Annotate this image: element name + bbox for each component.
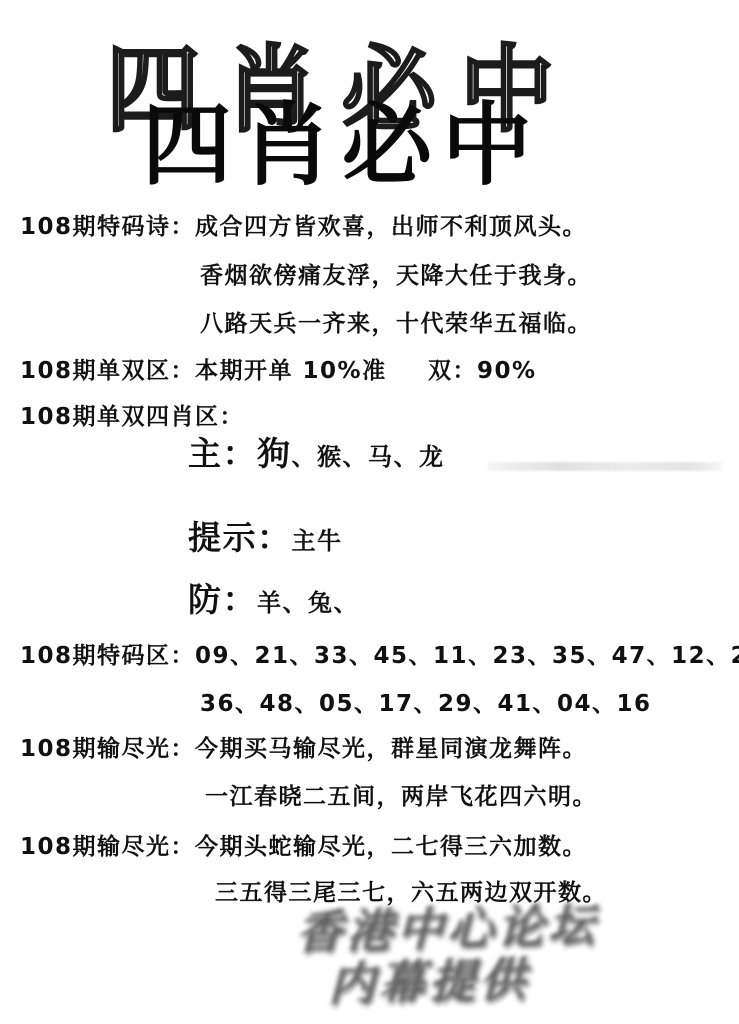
poem-line-1: 108期特码诗：成合四方皆欢喜，出师不利顶风头。	[20, 208, 587, 241]
shujinguang1-verse-1: 今期买马输尽光，群星同演龙舞阵。	[195, 736, 587, 762]
shujinguang1-line-1: 108期输尽光：今期买马输尽光，群星同演龙舞阵。	[20, 730, 587, 763]
shujinguang1-label: 108期输尽光：	[20, 736, 195, 762]
hint-text: 主牛	[292, 527, 343, 555]
poem-label: 108期特码诗：	[20, 214, 195, 240]
special-numbers-line-2: 36、48、05、17、29、41、04、16	[200, 685, 652, 718]
special-numbers-line-1: 108期特码区：09、21、33、45、11、23、35、47、12、24、	[20, 637, 739, 670]
odd-even-shuang: 双：90%	[428, 352, 537, 385]
page-title: 四肖必中 四肖必中	[0, 0, 739, 200]
main-zodiac-prefix: 主：	[188, 434, 257, 473]
special-numbers-part-1: 09、21、33、45、11、23、35、47、12、24、	[195, 643, 739, 669]
poem-verse-1: 成合四方皆欢喜，出师不利顶风头。	[195, 214, 587, 240]
shujinguang2-label: 108期输尽光：	[20, 834, 195, 860]
shujinguang2-verse-1: 今期头蛇输尽光，二七得三六加数。	[195, 834, 587, 860]
guard-line: 防：羊、兔、	[188, 574, 359, 621]
main-zodiac-line: 主：狗、猴、马、龙	[188, 428, 445, 475]
watermark-line-2: 内幕提供	[325, 943, 544, 1014]
tip-sheet-page: 四肖必中 四肖必中 108期特码诗：成合四方皆欢喜，出师不利顶风头。 香烟欲傍痛…	[0, 0, 739, 1024]
poem-line-3: 八路天兵一齐来，十代荣华五福临。	[200, 305, 592, 338]
main-zodiac-rest: 、猴、马、龙	[292, 443, 445, 471]
shujinguang1-line-2: 一江春晓二五间，两岸飞花四六明。	[205, 778, 597, 811]
main-zodiac-first: 狗	[257, 434, 292, 473]
four-zodiac-label: 108期单双四肖区：	[20, 398, 244, 431]
hint-prefix: 提示：	[188, 518, 292, 557]
guard-prefix: 防：	[188, 580, 257, 619]
title-solid-text: 四肖必中	[142, 72, 542, 202]
special-numbers-label: 108期特码区：	[20, 643, 195, 669]
guard-text: 羊、兔、	[257, 589, 359, 617]
poem-line-2: 香烟欲傍痛友浮，天降大任于我身。	[200, 257, 592, 290]
odd-even-line: 108期单双区：本期开单 10%准	[20, 352, 387, 385]
odd-even-dan: 本期开单 10%准	[195, 358, 387, 384]
hint-line: 提示：主牛	[188, 512, 343, 559]
odd-even-label: 108期单双区：	[20, 358, 195, 384]
scan-artifact	[488, 462, 723, 471]
shujinguang2-line-1: 108期输尽光：今期头蛇输尽光，二七得三六加数。	[20, 828, 587, 861]
